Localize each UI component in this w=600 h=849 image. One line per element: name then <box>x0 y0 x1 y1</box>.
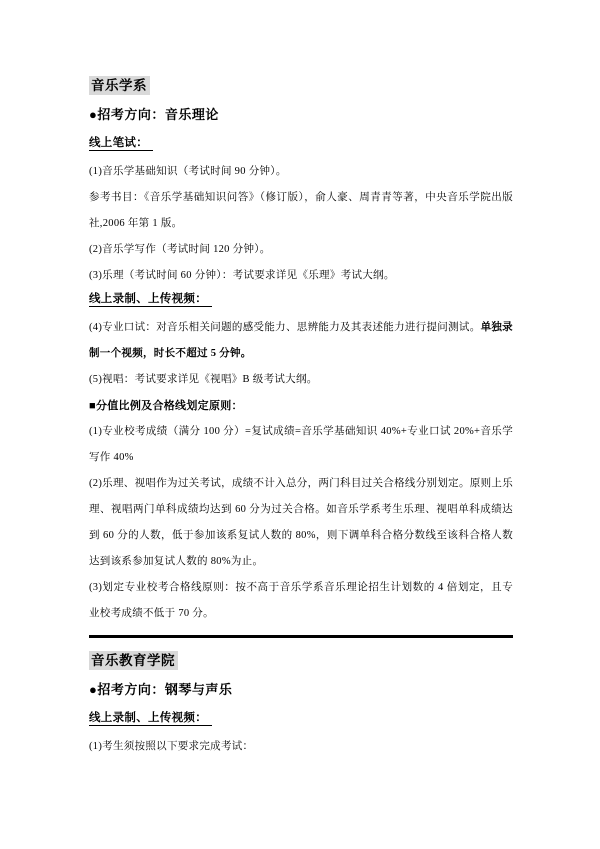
department-header-musicology: 音乐学系 <box>89 76 513 96</box>
text-run: (3)乐理（考试时间 60 分钟）：考试要求详见《乐理》考试大纲。 <box>89 270 395 281</box>
text-run: (2)乐理、视唱作为过关考试，成绩不计入总分，两门科目过关合格线分别划定。原则上… <box>89 478 513 567</box>
department-header-music-education: 音乐教育学院 <box>89 651 513 671</box>
text-run: ●招考方向：音乐理论 <box>89 107 219 122</box>
item-2-musicology-writing: (2)音乐学写作（考试时间 120 分钟）。 <box>89 237 513 263</box>
item-1-music-basics: (1)音乐学基础知识（考试时间 90 分钟）。 <box>89 159 513 185</box>
text-run: 线上笔试： <box>89 137 153 151</box>
direction-music-theory: ●招考方向：音乐理论 <box>89 106 513 124</box>
subhead-online-written-test: 线上笔试： <box>89 135 513 151</box>
item-1-candidate-requirements: (1)考生须按照以下要求完成考试： <box>89 734 513 760</box>
item-5-sight-singing: (5)视唱：考试要求详见《视唱》B 级考试大纲。 <box>89 367 513 393</box>
rule-1-score-formula: (1)专业校考成绩（满分 100 分）=复试成绩=音乐学基础知识 40%+专业口… <box>89 419 513 471</box>
text-run: 线上录制、上传视频： <box>89 293 212 307</box>
text-run: 线上录制、上传视频： <box>89 712 212 726</box>
subhead-online-record-upload-video-2: 线上录制、上传视频： <box>89 710 513 726</box>
document-page: 音乐学系●招考方向：音乐理论线上笔试：(1)音乐学基础知识（考试时间 90 分钟… <box>0 0 600 849</box>
text-run: (1)考生须按照以下要求完成考试： <box>89 741 253 752</box>
text-run: (3)划定专业校考合格线原则：按不高于音乐学系音乐理论招生计划数的 4 倍划定，… <box>89 582 513 619</box>
text-run: 音乐教育学院 <box>89 651 178 670</box>
document-content: 音乐学系●招考方向：音乐理论线上笔试：(1)音乐学基础知识（考试时间 90 分钟… <box>89 76 513 760</box>
text-run: (4)专业口试：对音乐相关问题的感受能力、思辨能力及其表述能力进行提问测试。 <box>89 322 481 333</box>
text-run: (2)音乐学写作（考试时间 120 分钟）。 <box>89 244 271 255</box>
reference-books: 参考书目：《音乐学基础知识问答》（修订版），俞人豪、周青青等著，中央音乐学院出版… <box>89 185 513 237</box>
rule-3-passline-principle: (3)划定专业校考合格线原则：按不高于音乐学系音乐理论招生计划数的 4 倍划定，… <box>89 575 513 627</box>
boldhead-score-ratio-rules: ■分值比例及合格线划定原则： <box>89 393 513 419</box>
subhead-online-record-upload-video: 线上录制、上传视频： <box>89 291 513 307</box>
text-run: (5)视唱：考试要求详见《视唱》B 级考试大纲。 <box>89 374 318 385</box>
direction-piano-and-vocal: ●招考方向：钢琴与声乐 <box>89 681 513 699</box>
rule-2-pass-test: (2)乐理、视唱作为过关考试，成绩不计入总分，两门科目过关合格线分别划定。原则上… <box>89 471 513 575</box>
section-divider <box>89 635 513 638</box>
text-run: (1)音乐学基础知识（考试时间 90 分钟）。 <box>89 166 287 177</box>
text-run: ■分值比例及合格线划定原则： <box>89 400 243 412</box>
text-run: 音乐学系 <box>89 76 150 95</box>
text-run: 参考书目：《音乐学基础知识问答》（修订版），俞人豪、周青青等著，中央音乐学院出版… <box>89 192 513 229</box>
item-4-oral-test: (4)专业口试：对音乐相关问题的感受能力、思辨能力及其表述能力进行提问测试。单独… <box>89 315 513 367</box>
item-3-music-theory-test: (3)乐理（考试时间 60 分钟）：考试要求详见《乐理》考试大纲。 <box>89 263 513 289</box>
text-run: ●招考方向：钢琴与声乐 <box>89 682 232 697</box>
text-run: (1)专业校考成绩（满分 100 分）=复试成绩=音乐学基础知识 40%+专业口… <box>89 426 513 463</box>
